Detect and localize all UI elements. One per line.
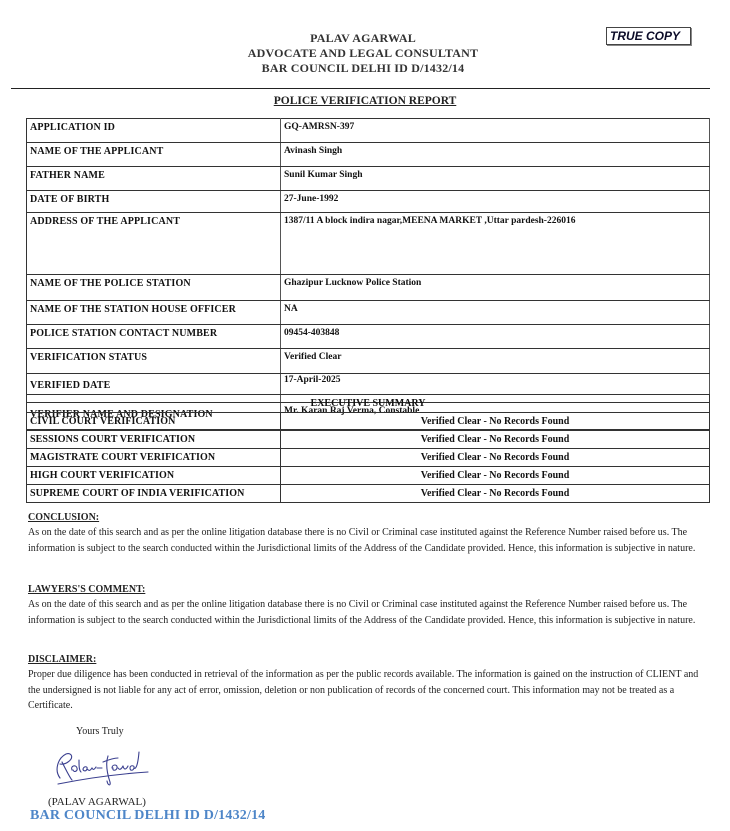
summary-label: HIGH COURT VERIFICATION [27, 467, 281, 485]
advocate-bar-id: BAR COUNCIL DELHI ID D/1432/14 [0, 61, 730, 76]
details-label: NAME OF THE POLICE STATION [27, 275, 281, 301]
details-label: VERIFICATION STATUS [27, 349, 281, 374]
summary-value: Verified Clear - No Records Found [281, 449, 710, 467]
true-copy-stamp: TRUE COPY [606, 27, 691, 45]
details-label: APPLICATION ID [27, 119, 281, 143]
header-divider [11, 88, 710, 89]
details-row: NAME OF THE POLICE STATIONGhazipur Luckn… [27, 275, 710, 301]
details-row: ADDRESS OF THE APPLICANT1387/11 A block … [27, 213, 710, 275]
advocate-designation: ADVOCATE AND LEGAL CONSULTANT [0, 46, 730, 61]
summary-label: MAGISTRATE COURT VERIFICATION [27, 449, 281, 467]
summary-value: Verified Clear - No Records Found [281, 485, 710, 503]
conclusion-heading: CONCLUSION: [28, 511, 708, 525]
details-value: NA [281, 301, 710, 325]
summary-label: CIVIL COURT VERIFICATION [27, 413, 281, 431]
details-value: 1387/11 A block indira nagar,MEENA MARKE… [281, 213, 710, 275]
summary-label: SESSIONS COURT VERIFICATION [27, 431, 281, 449]
summary-label: SUPREME COURT OF INDIA VERIFICATION [27, 485, 281, 503]
details-row: NAME OF THE STATION HOUSE OFFICERNA [27, 301, 710, 325]
details-table: APPLICATION IDGQ-AMRSN-397NAME OF THE AP… [26, 118, 710, 430]
details-value: Ghazipur Lucknow Police Station [281, 275, 710, 301]
report-title: POLICE VERIFICATION REPORT [0, 95, 730, 107]
details-value: GQ-AMRSN-397 [281, 119, 710, 143]
summary-row: HIGH COURT VERIFICATIONVerified Clear - … [27, 467, 710, 485]
disclaimer-section: DISCLAIMER: Proper due diligence has bee… [28, 653, 708, 714]
signatory-name: (PALAV AGARWAL) [48, 796, 146, 808]
details-label: NAME OF THE STATION HOUSE OFFICER [27, 301, 281, 325]
closing-text: Yours Truly [76, 726, 124, 737]
lawyers-comment-heading: LAWYERS'S COMMENT: [28, 583, 708, 597]
summary-value: Verified Clear - No Records Found [281, 413, 710, 431]
details-value: Avinash Singh [281, 143, 710, 167]
summary-row: SUPREME COURT OF INDIA VERIFICATIONVerif… [27, 485, 710, 503]
conclusion-text: As on the date of this search and as per… [28, 525, 708, 556]
summary-row: CIVIL COURT VERIFICATIONVerified Clear -… [27, 413, 710, 431]
details-row: POLICE STATION CONTACT NUMBER09454-40384… [27, 325, 710, 349]
signatory-bar-id: BAR COUNCIL DELHI ID D/1432/14 [30, 808, 265, 824]
details-row: FATHER NAMESunil Kumar Singh [27, 167, 710, 191]
summary-value: Verified Clear - No Records Found [281, 431, 710, 449]
details-row: APPLICATION IDGQ-AMRSN-397 [27, 119, 710, 143]
lawyers-comment-text: As on the date of this search and as per… [28, 597, 708, 628]
details-label: DATE OF BIRTH [27, 191, 281, 213]
details-row: NAME OF THE APPLICANTAvinash Singh [27, 143, 710, 167]
signature-image [48, 748, 158, 788]
details-value: Sunil Kumar Singh [281, 167, 710, 191]
details-value: Verified Clear [281, 349, 710, 374]
executive-summary-table: EXECUTIVE SUMMARY CIVIL COURT VERIFICATI… [26, 394, 710, 503]
summary-row: MAGISTRATE COURT VERIFICATIONVerified Cl… [27, 449, 710, 467]
summary-heading-row: EXECUTIVE SUMMARY [27, 395, 710, 413]
lawyers-comment-section: LAWYERS'S COMMENT: As on the date of thi… [28, 583, 708, 628]
details-row: VERIFICATION STATUSVerified Clear [27, 349, 710, 374]
details-label: FATHER NAME [27, 167, 281, 191]
conclusion-section: CONCLUSION: As on the date of this searc… [28, 511, 708, 556]
disclaimer-text: Proper due diligence has been conducted … [28, 667, 708, 714]
summary-heading: EXECUTIVE SUMMARY [27, 395, 710, 413]
details-label: POLICE STATION CONTACT NUMBER [27, 325, 281, 349]
details-label: ADDRESS OF THE APPLICANT [27, 213, 281, 275]
disclaimer-heading: DISCLAIMER: [28, 653, 708, 667]
details-row: DATE OF BIRTH27-June-1992 [27, 191, 710, 213]
summary-value: Verified Clear - No Records Found [281, 467, 710, 485]
summary-row: SESSIONS COURT VERIFICATIONVerified Clea… [27, 431, 710, 449]
details-value: 09454-403848 [281, 325, 710, 349]
details-value: 27-June-1992 [281, 191, 710, 213]
details-label: NAME OF THE APPLICANT [27, 143, 281, 167]
